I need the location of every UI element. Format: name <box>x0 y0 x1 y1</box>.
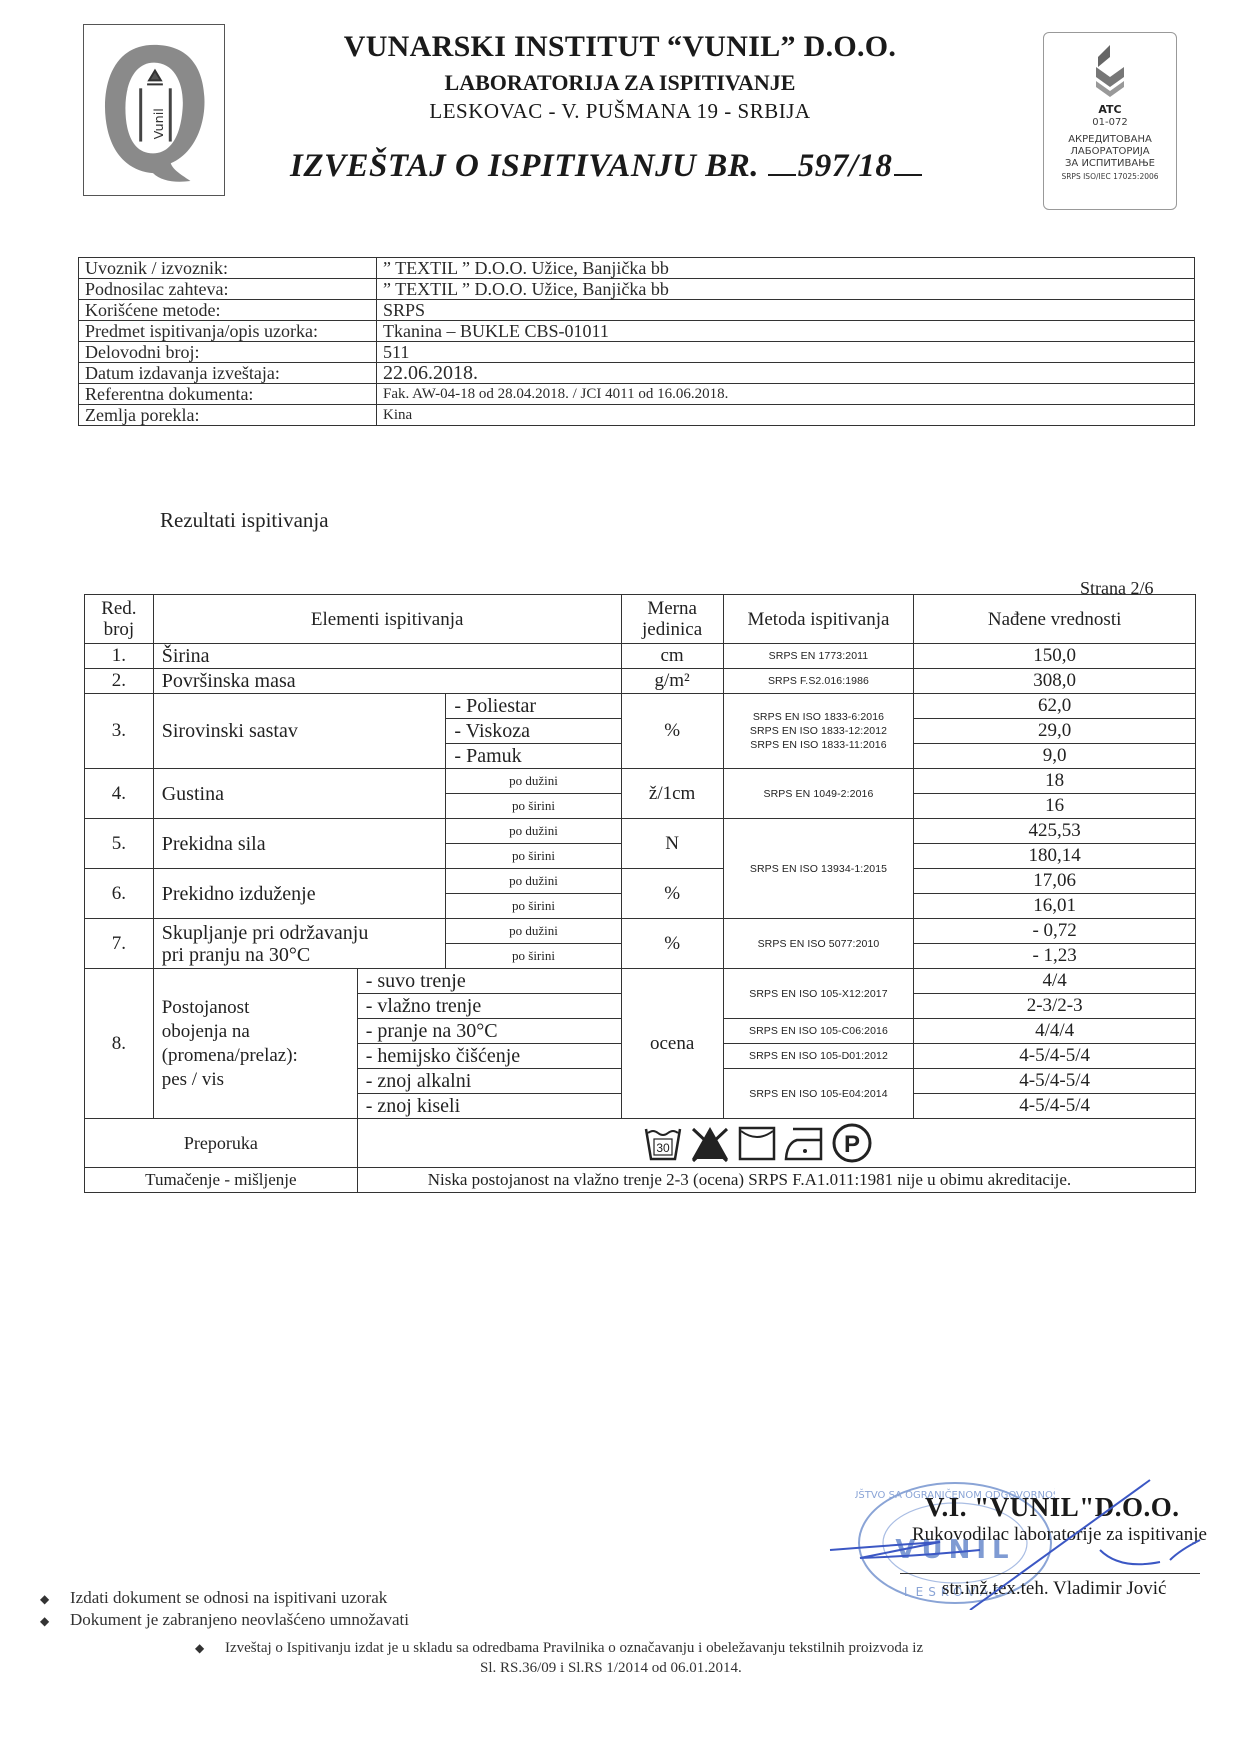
no-bleach-icon <box>689 1123 731 1163</box>
test-method: SRPS EN ISO 5077:2010 <box>723 919 914 969</box>
test-element: Širina <box>153 644 621 669</box>
atc-chevron-icon <box>1090 43 1130 97</box>
test-element-line: Skupljanje pri održavanju <box>162 922 442 944</box>
method-line: SRPS EN ISO 1833-11:2016 <box>728 738 910 752</box>
info-row: Zemlja porekla:Kina <box>79 405 1195 426</box>
handwritten-signature <box>820 1470 1210 1610</box>
found-value: 180,14 <box>914 844 1196 869</box>
results-heading: Rezultati ispitivanja <box>160 508 329 533</box>
sub-element: - vlažno trenje <box>357 994 621 1019</box>
sub-element: - hemijsko čišćenje <box>357 1044 621 1069</box>
unit: cm <box>621 644 723 669</box>
info-label: Korišćene metode: <box>79 300 377 321</box>
test-element: Prekidna sila <box>153 819 446 869</box>
legal-note: ◆Izveštaj o Ispitivanju izdat je u sklad… <box>195 1640 923 1657</box>
direction-length: po dužini <box>446 919 621 944</box>
found-value: 16,01 <box>914 894 1196 919</box>
report-title: IZVEŠTAJ O ISPITIVANJU BR. 597/18 <box>290 148 970 185</box>
direction-length: po dužini <box>446 869 621 894</box>
legal-note-reference: Sl. RS.36/09 i Sl.RS 1/2014 od 06.01.201… <box>480 1660 742 1677</box>
found-value: 4-5/4-5/4 <box>914 1044 1196 1069</box>
info-label: Delovodni broj: <box>79 342 377 363</box>
info-row: Predmet ispitivanja/opis uzorka:Tkanina … <box>79 321 1195 342</box>
row-number: 6. <box>85 869 154 919</box>
institute-address: LESKOVAC - V. PUŠMANA 19 - SRBIJA <box>240 99 1000 124</box>
test-method: SRPS EN ISO 13934-1:2015 <box>723 819 914 919</box>
row-number: 8. <box>85 969 154 1119</box>
info-row: Podnosilac zahteva:” TEXTIL ” D.O.O. Uži… <box>79 279 1195 300</box>
recommendation-row: Preporuka 30 <box>85 1119 1196 1168</box>
table-row: 2. Površinska masa g/m² SRPS F.S2.016:19… <box>85 669 1196 694</box>
info-row: Datum izdavanja izveštaja:22.06.2018. <box>79 363 1195 384</box>
table-row: 1. Širina cm SRPS EN 1773:2011 150,0 <box>85 644 1196 669</box>
table-row: 3. Sirovinski sastav - Poliestar % SRPS … <box>85 694 1196 719</box>
sub-element: - Pamuk <box>446 744 621 769</box>
direction-width: po širini <box>446 844 621 869</box>
dryclean-p-icon: P <box>831 1122 873 1164</box>
test-method: SRPS EN 1049-2:2016 <box>723 769 914 819</box>
svg-text:30: 30 <box>656 1141 670 1155</box>
found-value: 4-5/4-5/4 <box>914 1069 1196 1094</box>
row-number: 7. <box>85 919 154 969</box>
test-method: SRPS F.S2.016:1986 <box>723 669 914 694</box>
found-value: 150,0 <box>914 644 1196 669</box>
found-value: 16 <box>914 794 1196 819</box>
unit: g/m² <box>621 669 723 694</box>
info-value: Kina <box>377 405 1195 426</box>
info-value: 22.06.2018. <box>377 363 1195 384</box>
test-method: SRPS EN ISO 105-E04:2014 <box>723 1069 914 1119</box>
test-method: SRPS EN ISO 1833-6:2016 SRPS EN ISO 1833… <box>723 694 914 769</box>
footer-note-text: Dokument je zabranjeno neovlašćeno umnož… <box>70 1610 409 1629</box>
found-value: 62,0 <box>914 694 1196 719</box>
test-element: Postojanost obojenja na (promena/prelaz)… <box>153 969 357 1119</box>
info-value: Fak. AW-04-18 od 28.04.2018. / JCI 4011 … <box>377 384 1195 405</box>
table-row: 6. Prekidno izduženje po dužini % 17,06 <box>85 869 1196 894</box>
row-number: 4. <box>85 769 154 819</box>
sub-element: - Viskoza <box>446 719 621 744</box>
info-label: Zemlja porekla: <box>79 405 377 426</box>
found-value: 17,06 <box>914 869 1196 894</box>
vunil-logo: Vunil <box>83 24 225 196</box>
svg-text:Vunil: Vunil <box>152 108 167 139</box>
tumble-dry-line-icon <box>737 1123 777 1163</box>
info-row: Delovodni broj:511 <box>79 342 1195 363</box>
col-header-element: Elementi ispitivanja <box>153 595 621 644</box>
opinion-row: Tumačenje - mišljenje Niska postojanost … <box>85 1168 1196 1193</box>
found-value: 4-5/4-5/4 <box>914 1094 1196 1119</box>
footer-note-text: Izdati dokument se odnosi na ispitivani … <box>70 1588 387 1607</box>
found-value: 4/4/4 <box>914 1019 1196 1044</box>
test-element-line: Postojanost <box>162 996 353 1020</box>
row-number: 3. <box>85 694 154 769</box>
test-method: SRPS EN ISO 105-C06:2016 <box>723 1019 914 1044</box>
institute-name: VUNARSKI INSTITUT “VUNIL” D.O.O. <box>240 30 1000 64</box>
info-label: Podnosilac zahteva: <box>79 279 377 300</box>
bullet-icon: ◆ <box>40 1592 70 1607</box>
table-row: 7. Skupljanje pri održavanju pri pranju … <box>85 919 1196 944</box>
info-value: ” TEXTIL ” D.O.O. Užice, Banjička bb <box>377 258 1195 279</box>
direction-length: po dužini <box>446 819 621 844</box>
accreditation-org: ATC <box>1044 103 1176 116</box>
test-element-line: pri pranju na 30°C <box>162 944 442 966</box>
sub-element: - znoj alkalni <box>357 1069 621 1094</box>
info-value: 511 <box>377 342 1195 363</box>
accreditation-line2: ЛАБОРАТОРИЈА <box>1044 146 1176 158</box>
info-row: Uvoznik / izvoznik:” TEXTIL ” D.O.O. Uži… <box>79 258 1195 279</box>
found-value: 425,53 <box>914 819 1196 844</box>
sub-element: - Poliestar <box>446 694 621 719</box>
test-method: SRPS EN ISO 105-X12:2017 <box>723 969 914 1019</box>
info-row: Korišćene metode:SRPS <box>79 300 1195 321</box>
test-element: Sirovinski sastav <box>153 694 446 769</box>
bullet-icon: ◆ <box>195 1641 225 1656</box>
footer-note: ◆Dokument je zabranjeno neovlašćeno umno… <box>40 1610 409 1630</box>
direction-width: po širini <box>446 894 621 919</box>
col-header-unit: Merna jedinica <box>621 595 723 644</box>
info-label: Predmet ispitivanja/opis uzorka: <box>79 321 377 342</box>
info-row: Referentna dokumenta:Fak. AW-04-18 od 28… <box>79 384 1195 405</box>
found-value: 9,0 <box>914 744 1196 769</box>
info-label: Referentna dokumenta: <box>79 384 377 405</box>
iron-low-icon <box>783 1123 825 1163</box>
info-value: ” TEXTIL ” D.O.O. Užice, Banjička bb <box>377 279 1195 300</box>
accreditation-line3: ЗА ИСПИТИВАЊЕ <box>1044 158 1176 170</box>
wash-30-icon: 30 <box>643 1123 683 1163</box>
info-label: Uvoznik / izvoznik: <box>79 258 377 279</box>
unit: ocena <box>621 969 723 1119</box>
info-value: Tkanina – BUKLE CBS-01011 <box>377 321 1195 342</box>
recommendation-label: Preporuka <box>85 1119 358 1168</box>
test-element-line: obojenja na <box>162 1020 353 1044</box>
found-value: - 0,72 <box>914 919 1196 944</box>
table-row: 4. Gustina po dužini ž/1cm SRPS EN 1049-… <box>85 769 1196 794</box>
opinion-label: Tumačenje - mišljenje <box>85 1168 358 1193</box>
col-header-method: Metoda ispitivanja <box>723 595 914 644</box>
table-row: 5. Prekidna sila po dužini N SRPS EN ISO… <box>85 819 1196 844</box>
row-number: 2. <box>85 669 154 694</box>
bullet-icon: ◆ <box>40 1614 70 1629</box>
accreditation-line1: АКРЕДИТОВАНА <box>1044 134 1176 146</box>
q-logo-icon: Vunil <box>84 25 224 195</box>
unit: % <box>621 869 723 919</box>
accreditation-code: 01-072 <box>1044 117 1176 128</box>
found-value: 18 <box>914 769 1196 794</box>
test-element-line: (promena/prelaz): <box>162 1044 353 1068</box>
results-table: Red. broj Elementi ispitivanja Merna jed… <box>84 594 1196 1193</box>
footer-note: ◆Izdati dokument se odnosi na ispitivani… <box>40 1588 387 1608</box>
test-element: Gustina <box>153 769 446 819</box>
direction-length: po dužini <box>446 769 621 794</box>
report-title-prefix: IZVEŠTAJ O ISPITIVANJU BR. <box>290 148 759 184</box>
test-element: Prekidno izduženje <box>153 869 446 919</box>
accreditation-standard: SRPS ISO/IEC 17025:2006 <box>1044 171 1176 182</box>
test-method: SRPS EN 1773:2011 <box>723 644 914 669</box>
care-symbols: 30 <box>357 1119 1195 1168</box>
row-number: 5. <box>85 819 154 869</box>
accreditation-badge: ATC 01-072 АКРЕДИТОВАНА ЛАБОРАТОРИЈА ЗА … <box>1043 32 1177 210</box>
report-number: 597/18 <box>796 148 895 184</box>
direction-width: po širini <box>446 794 621 819</box>
legal-note-text: Izveštaj o Ispitivanju izdat je u skladu… <box>225 1640 923 1656</box>
direction-width: po širini <box>446 944 621 969</box>
col-header-no: Red. broj <box>85 595 154 644</box>
unit: N <box>621 819 723 869</box>
method-line: SRPS EN ISO 1833-12:2012 <box>728 724 910 738</box>
test-method: SRPS EN ISO 105-D01:2012 <box>723 1044 914 1069</box>
report-info-table: Uvoznik / izvoznik:” TEXTIL ” D.O.O. Uži… <box>78 257 1195 426</box>
found-value: 2-3/2-3 <box>914 994 1196 1019</box>
unit: ž/1cm <box>621 769 723 819</box>
test-element: Skupljanje pri održavanju pri pranju na … <box>153 919 446 969</box>
opinion-text: Niska postojanost na vlažno trenje 2-3 (… <box>357 1168 1195 1193</box>
col-header-value: Nađene vrednosti <box>914 595 1196 644</box>
found-value: 4/4 <box>914 969 1196 994</box>
row-number: 1. <box>85 644 154 669</box>
sub-element: - pranje na 30°C <box>357 1019 621 1044</box>
unit: % <box>621 694 723 769</box>
test-element: Površinska masa <box>153 669 621 694</box>
info-label: Datum izdavanja izveštaja: <box>79 363 377 384</box>
found-value: - 1,23 <box>914 944 1196 969</box>
sub-element: - znoj kiseli <box>357 1094 621 1119</box>
found-value: 308,0 <box>914 669 1196 694</box>
found-value: 29,0 <box>914 719 1196 744</box>
info-value: SRPS <box>377 300 1195 321</box>
sub-element: - suvo trenje <box>357 969 621 994</box>
results-header-row: Red. broj Elementi ispitivanja Merna jed… <box>85 595 1196 644</box>
table-row: 8. Postojanost obojenja na (promena/prel… <box>85 969 1196 994</box>
unit: % <box>621 919 723 969</box>
test-element-line: pes / vis <box>162 1068 353 1092</box>
laboratory-name: LABORATORIJA ZA ISPITIVANJE <box>240 70 1000 96</box>
method-line: SRPS EN ISO 1833-6:2016 <box>728 710 910 724</box>
svg-text:P: P <box>844 1131 860 1158</box>
